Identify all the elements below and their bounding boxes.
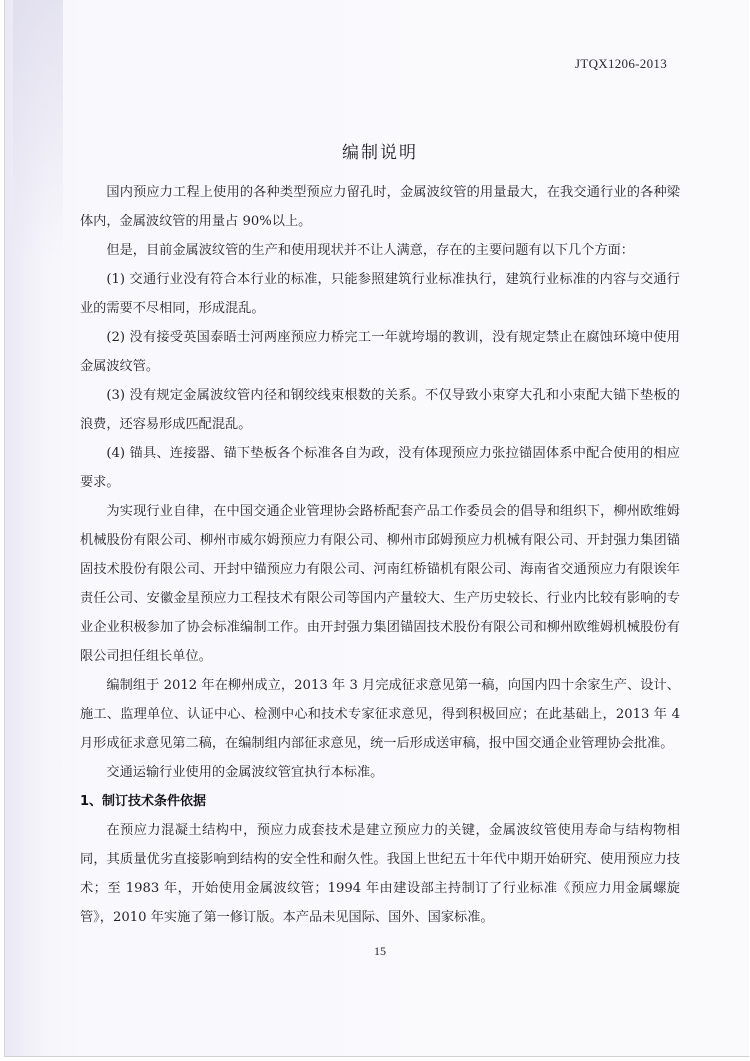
section-heading: 1、制订技术条件依据 [80, 787, 680, 816]
document-body: 国内预应力工程上使用的各种类型预应力留孔时，金属波纹管的用量最大，在我交通行业的… [80, 178, 680, 932]
document-code: JTQX1206-2013 [575, 56, 667, 72]
paragraph-technical-basis: 在预应力混凝土结构中，预应力成套技术是建立预应力的关键，金属波纹管使用寿命与结构… [80, 816, 680, 932]
scanned-page: JTQX1206-2013 编制说明 国内预应力工程上使用的各种类型预应力留孔时… [4, 0, 749, 1057]
paragraph-problem-2: (2) 没有接受英国泰晤士河两座预应力桥完工一年就垮塌的教训，没有规定禁止在腐蚀… [80, 323, 680, 381]
paragraph-problem-3: (3) 没有规定金属波纹管内径和钢绞线束根数的关系。不仅导致小束穿大孔和小束配大… [80, 381, 680, 439]
page-number: 15 [5, 944, 750, 959]
paragraph-scope: 交通运输行业使用的金属波纹管宜执行本标准。 [80, 758, 680, 787]
paragraph-problem-1: (1) 交通行业没有符合本行业的标准，只能参照建筑行业标准执行，建筑行业标准的内… [80, 265, 680, 323]
paragraph-problem-4: (4) 锚具、连接器、锚下垫板各个标准各自为政，没有体现预应力张拉锚固体系中配合… [80, 439, 680, 497]
paragraph-intro: 国内预应力工程上使用的各种类型预应力留孔时，金属波纹管的用量最大，在我交通行业的… [80, 178, 680, 236]
page-title: 编制说明 [5, 138, 750, 163]
paragraph-participants: 为实现行业自律，在中国交通企业管理协会路桥配套产品工作委员会的倡导和组织下，柳州… [80, 497, 680, 671]
paragraph-problems-lead: 但是，目前金属波纹管的生产和使用现状并不让人满意，存在的主要问题有以下几个方面： [80, 236, 680, 265]
paragraph-drafting-process: 编制组于 2012 年在柳州成立，2013 年 3 月完成征求意见第一稿，向国内… [80, 671, 680, 758]
